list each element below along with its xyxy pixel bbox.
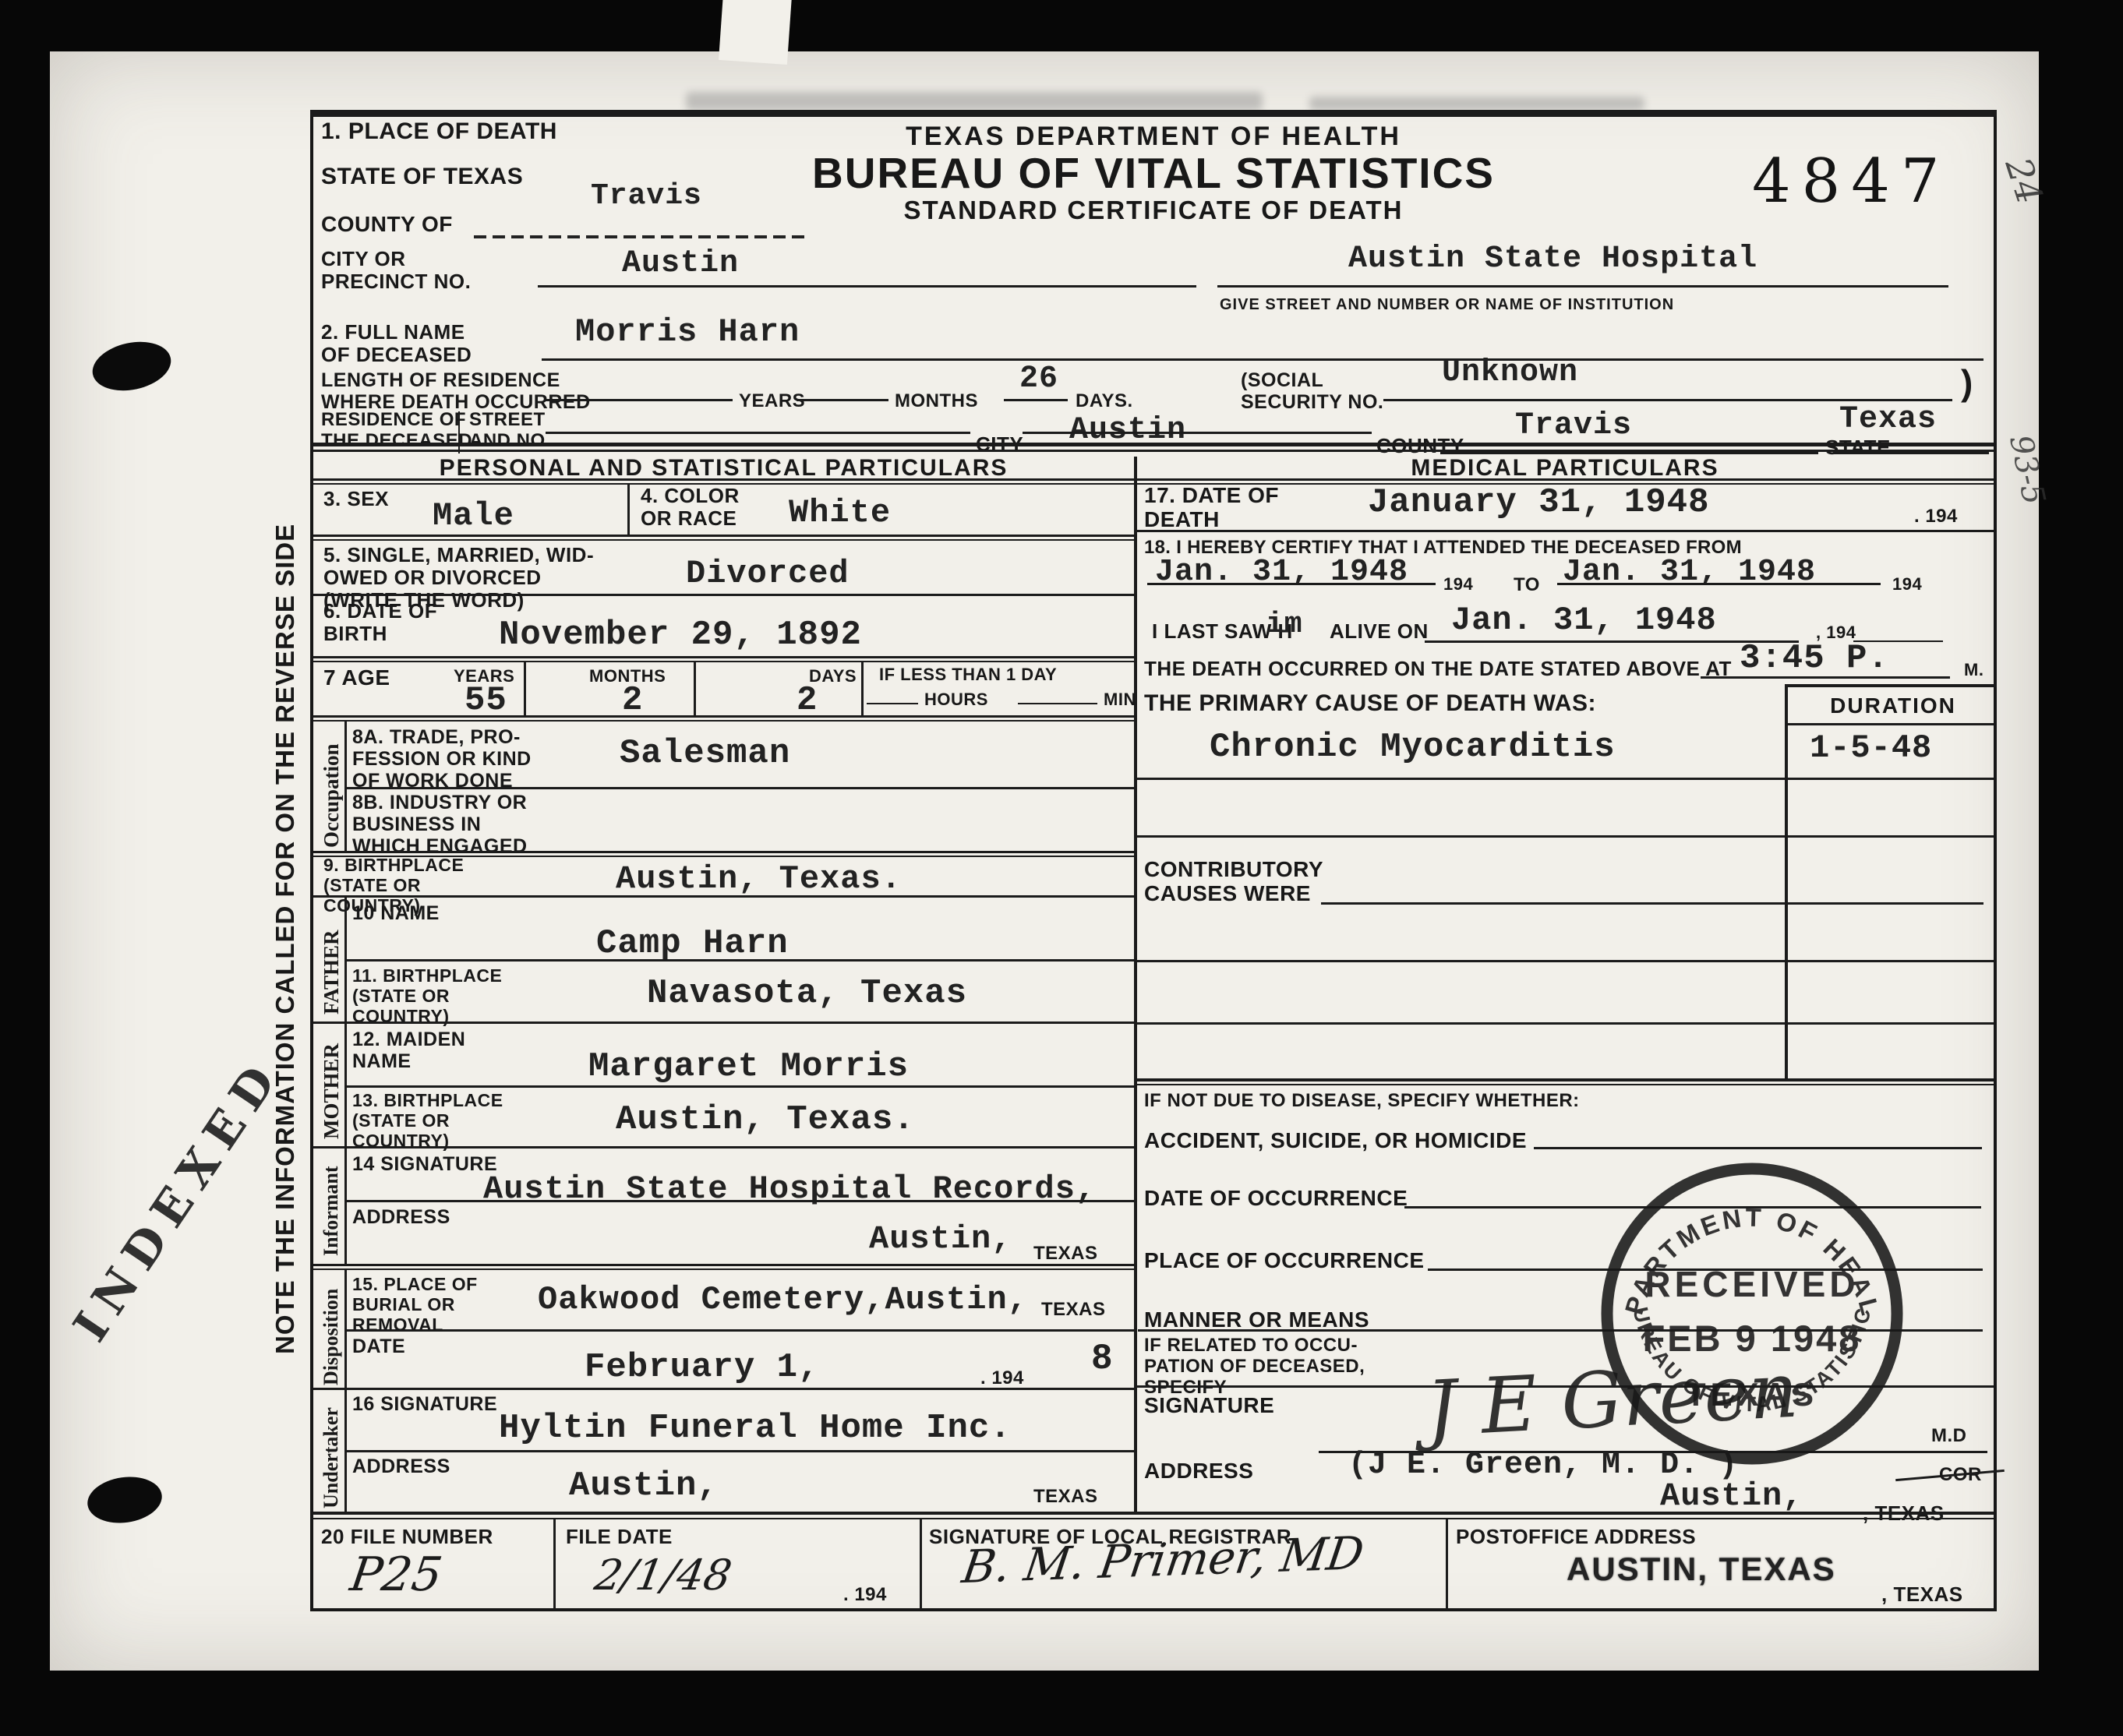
ssn-label: (SOCIAL SECURITY NO. [1241, 369, 1383, 413]
duration-label: DURATION [1793, 693, 1994, 718]
date-of-death-value: January 31, 1948 [1368, 483, 1709, 522]
personal-section-title: PERSONAL AND STATISTICAL PARTICULARS [313, 455, 1134, 482]
ssn-value: Unknown [1442, 355, 1578, 390]
certificate-subtitle: STANDARD CERTIFICATE OF DEATH [740, 196, 1567, 225]
city-value: Austin [622, 246, 739, 281]
cause-of-death-value: Chronic Myocarditis [1210, 728, 1616, 767]
undertaker-signature-label: 16 SIGNATURE [352, 1393, 497, 1415]
last-saw-value: Jan. 31, 1948 [1451, 602, 1717, 639]
death-occurred-label: THE DEATH OCCURRED ON THE DATE STATED AB… [1144, 658, 1732, 680]
side-label-informant: Informant [320, 1166, 343, 1256]
scanned-death-certificate: NOTE THE INFORMATION CALLED FOR ON THE R… [0, 0, 2123, 1736]
fullname-value: Morris Harn [575, 313, 800, 351]
days-label: DAYS. [1076, 391, 1133, 412]
file-date-label: FILE DATE [566, 1526, 673, 1548]
father-name-label: 10 NAME [352, 902, 440, 924]
alive-on-label: ALIVE ON [1330, 620, 1429, 643]
md-label: M.D [1931, 1426, 1967, 1447]
date-of-death-label: 17. DATE OF DEATH [1144, 483, 1279, 532]
paper-tab [719, 0, 792, 65]
file-number-label: 20 FILE NUMBER [321, 1526, 493, 1548]
industry-label: 8B. INDUSTRY OR BUSINESS IN WHICH ENGAGE… [352, 792, 528, 857]
institution-value: Austin State Hospital [1348, 242, 1757, 277]
side-label-father: FATHER [320, 930, 344, 1014]
place-occurrence-label: PLACE OF OCCURRENCE [1144, 1248, 1425, 1272]
burial-date-value: February 1, [585, 1348, 819, 1387]
informant-signature-label: 14 SIGNATURE [352, 1153, 497, 1175]
birth-date-label: 6. DATE OF BIRTH [323, 600, 437, 645]
burial-date-year-digit: 8 [1091, 1339, 1114, 1379]
county-value: Travis [591, 179, 702, 213]
undertaker-address-label: ADDRESS [352, 1455, 450, 1477]
physician-address-city: Austin, [1660, 1477, 1803, 1515]
dept-title: TEXAS DEPARTMENT OF HEALTH [740, 122, 1567, 151]
trade-value: Salesman [620, 734, 790, 773]
manner-means-label: MANNER OR MEANS [1144, 1307, 1369, 1332]
residence-length-label: LENGTH OF RESIDENCE WHERE DEATH OCCURRED [321, 369, 591, 413]
file-date-year: . 194 [843, 1585, 887, 1606]
days-value: 26 [1019, 362, 1058, 397]
min-label: MIN [1104, 690, 1136, 710]
age-less-than-day-label: IF LESS THAN 1 DAY [879, 665, 1057, 685]
undertaker-signature-value: Hyltin Funeral Home Inc. [499, 1409, 1012, 1448]
certificate-number: 4847 [1752, 146, 1951, 217]
side-label-occupation: Occupation [320, 743, 344, 848]
attended-from-year: 194 [1443, 575, 1473, 595]
file-date-value: 2/1/48 [591, 1551, 735, 1600]
trade-label: 8A. TRADE, PRO- FESSION OR KIND OF WORK … [352, 726, 532, 792]
hours-label: HOURS [924, 690, 988, 710]
father-name-value: Camp Harn [596, 924, 789, 963]
birthplace-value: Austin, Texas. [616, 860, 902, 898]
attended-to-label: TO [1514, 575, 1540, 596]
res-state-value: Texas [1839, 402, 1937, 437]
marital-value: Divorced [686, 555, 850, 592]
side-label-disposition: Disposition [320, 1289, 343, 1385]
city-precinct-label: CITY OR PRECINCT NO. [321, 248, 471, 293]
medical-section-title: MEDICAL PARTICULARS [1136, 455, 1994, 482]
accident-suicide-label: ACCIDENT, SUICIDE, OR HOMICIDE [1144, 1128, 1527, 1152]
burial-place-value: Oakwood Cemetery,Austin, [538, 1281, 1028, 1318]
file-number-value: P25 [347, 1547, 446, 1602]
mother-birthplace-value: Austin, Texas. [616, 1100, 915, 1139]
stamp-date: FEB 9 1948 [1643, 1318, 1862, 1359]
county-label: COUNTY OF [321, 212, 453, 236]
fullname-label: 2. FULL NAME OF DECEASED [321, 321, 472, 366]
age-days-value: 2 [797, 681, 818, 720]
state-of-texas-label: STATE OF TEXAS [321, 164, 523, 190]
mother-birthplace-label: 13. BIRTHPLACE (STATE OR COUNTRY) [352, 1091, 503, 1151]
county-line [474, 235, 809, 238]
father-birthplace-value: Navasota, Texas [647, 974, 967, 1013]
informant-address-state: TEXAS [1033, 1244, 1098, 1265]
postoffice-state: , TEXAS [1881, 1583, 1963, 1606]
margin-note: NOTE THE INFORMATION CALLED FOR ON THE R… [271, 380, 300, 1354]
received-stamp: DEPARTMENT OF HEALTH BUREAU OF VITAL STA… [1596, 1158, 1908, 1473]
postoffice-label: POSTOFFICE ADDRESS [1456, 1526, 1696, 1548]
informant-address-label: ADDRESS [352, 1206, 450, 1228]
mother-name-label: 12. MAIDEN NAME [352, 1029, 465, 1072]
physician-address-label: ADDRESS [1144, 1459, 1253, 1483]
side-label-undertaker: Undertaker [320, 1407, 343, 1508]
informant-address-value: Austin, [869, 1220, 1012, 1258]
color-race-value: White [789, 494, 891, 531]
physician-signature-label: SIGNATURE [1144, 1393, 1274, 1417]
years-label: YEARS [739, 391, 805, 412]
undertaker-address-value: Austin, [569, 1466, 719, 1505]
place-of-death-label: 1. PLACE OF DEATH [321, 118, 557, 145]
burial-place-label: 15. PLACE OF BURIAL OR REMOVAL [352, 1275, 478, 1335]
death-time-m: M. [1964, 661, 1983, 680]
age-years-value: 55 [465, 681, 507, 720]
sex-label: 3. SEX [323, 488, 389, 510]
undertaker-address-state: TEXAS [1033, 1487, 1098, 1508]
ghost-text-smudge [1309, 97, 1644, 111]
sex-value: Male [433, 497, 514, 535]
burial-place-state: TEXAS [1041, 1300, 1106, 1321]
age-label: 7 AGE [323, 665, 390, 690]
burial-date-year: . 194 [980, 1368, 1024, 1389]
death-time-value: 3:45 P. [1740, 639, 1889, 678]
age-months-value: 2 [622, 681, 643, 720]
date-of-death-year: . 194 [1914, 506, 1958, 528]
burial-date-label: DATE [352, 1336, 405, 1357]
last-saw-him: im [1266, 608, 1303, 641]
months-label: MONTHS [895, 391, 978, 412]
primary-cause-label: THE PRIMARY CAUSE OF DEATH WAS: [1144, 690, 1596, 717]
birth-date-value: November 29, 1892 [499, 616, 862, 655]
contributory-label: CONTRIBUTORY CAUSES WERE [1144, 857, 1323, 906]
duration-value: 1-5-48 [1810, 729, 1932, 767]
postoffice-value: AUSTIN, TEXAS [1567, 1551, 1836, 1587]
if-not-disease-label: IF NOT DUE TO DISEASE, SPECIFY WHETHER: [1144, 1091, 1580, 1112]
side-label-mother: MOTHER [320, 1043, 344, 1139]
father-birthplace-label: 11. BIRTHPLACE (STATE OR COUNTRY) [352, 966, 502, 1026]
attended-to-year: 194 [1892, 575, 1922, 595]
color-race-label: 4. COLOR OR RACE [641, 485, 740, 530]
stamp-received: RECEIVED [1644, 1264, 1859, 1304]
ssn-paren: ) [1961, 363, 1973, 404]
stamp-texas: TEXAS [1686, 1376, 1818, 1413]
ghost-text-smudge [686, 92, 1263, 111]
res-county-value: Travis [1515, 408, 1632, 443]
mother-name-value: Margaret Morris [588, 1047, 909, 1086]
bureau-title: BUREAU OF VITAL STATISTICS [740, 150, 1567, 198]
institution-hint: GIVE STREET AND NUMBER OR NAME OF INSTIT… [1220, 296, 1674, 313]
related-occupation-label: IF RELATED TO OCCU- PATION OF DECEASED, … [1144, 1336, 1365, 1399]
date-occurrence-label: DATE OF OCCURRENCE [1144, 1186, 1408, 1210]
